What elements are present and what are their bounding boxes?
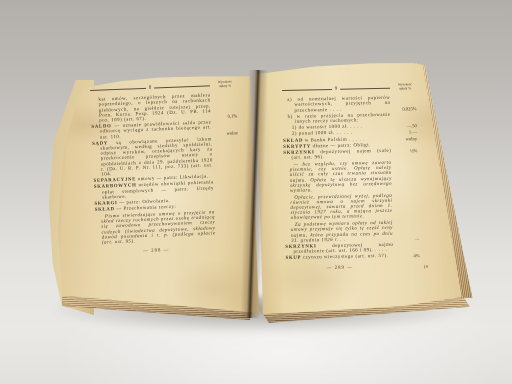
dictionary-entry: a) od nominalnej wartości papierów warto… — [282, 96, 390, 114]
dictionary-entry: SĄDY są obowiązane przesyłać izbom skarb… — [92, 137, 213, 178]
dictionary-entry: SKUP czynszu wieczystego (art. ust. 57).… — [286, 254, 394, 261]
header-rule — [282, 89, 332, 91]
entry-value: ½% — [410, 148, 417, 153]
entry-text: są obowiązane przesyłać izbom skarbowym,… — [100, 137, 213, 177]
entry-term: SKŁAD — [283, 138, 303, 143]
entry-value: 0,1% — [228, 113, 238, 119]
entry-text: w Banku Polskim . . . . . — [305, 137, 365, 143]
dictionary-entry-note: Opłacie, przewidzianej wyżej, podlega ró… — [284, 193, 393, 221]
fee-column-header: Wysokość opłaty % — [210, 80, 240, 89]
dictionary-entry-note: Za podstawę wymiaru opłaty od takiej umo… — [285, 221, 393, 244]
entry-term: SKŁAD — [95, 207, 115, 213]
entry-text: Za podstawę wymiaru opłaty od takiej umo… — [291, 221, 393, 244]
entry-text: a) od nominalnej wartości papierów warto… — [287, 96, 390, 113]
entry-text: Opłacie, przewidzianej wyżej, podlega ró… — [290, 193, 392, 221]
dictionary-entry: kat umów, szczególnych przez maklera pop… — [90, 94, 211, 125]
entry-text: Pismo stwierdzające umowę o przyjęcie na… — [101, 210, 216, 245]
entry-text: kat umów, szczególnych przez maklera pop… — [98, 94, 211, 124]
right-page-text: 9 Wysokość opłaty % a) od nominalnej war… — [282, 86, 394, 272]
right-page-number-text: — 289 — — [327, 265, 353, 271]
header-rule — [340, 88, 390, 90]
header-rule — [90, 88, 146, 91]
entry-value: wolne — [226, 130, 237, 136]
header-rule — [154, 86, 210, 89]
right-page-header-number: 9 — [335, 87, 338, 92]
photo-of-open-book: 8 Wysokość opłaty % kat umów, szczególny… — [0, 0, 512, 384]
entry-value: 4% — [413, 254, 419, 259]
entry-term: SKARGI — [94, 201, 117, 207]
left-page-text: 8 Wysokość opłaty % kat umów, szczególny… — [90, 83, 216, 256]
left-page-header-number: 8 — [149, 86, 152, 91]
entry-value: 1.— — [409, 130, 417, 135]
entry-text: dłużne — patrz: Obligi. — [313, 143, 371, 149]
entry-term: SKRYPTY — [283, 144, 311, 150]
entry-value: —.50 — [406, 123, 416, 128]
dictionary-entry-note: — bez względu, czy umowę zawarto pisemni… — [284, 161, 393, 194]
right-page-header: 9 Wysokość opłaty % — [282, 86, 390, 93]
entry-text: — bez względu, czy umowę zawarto pisemni… — [290, 161, 392, 194]
entry-value: — — [415, 236, 419, 241]
dictionary-entry: SKRZYNKI depozytowej najem (safe) (art. … — [283, 149, 391, 162]
fee-column-header: Wysokość opłaty % — [390, 83, 420, 91]
fee-column-header-line2: opłaty % — [219, 83, 231, 87]
entry-value: 0,025% — [402, 106, 416, 111]
entry-text: 2) ponad 1000 zł. . . . . . — [292, 131, 353, 137]
entry-text: czynszu wieczystego (art. ust. 57). — [303, 254, 389, 261]
fee-column-header-line2: opłaty % — [399, 86, 411, 90]
printers-signature-number: 19 — [424, 264, 428, 269]
entry-term: SKUP — [286, 256, 302, 261]
entry-value: wolny — [406, 136, 418, 141]
dictionary-entry-note: Pismo stwierdzające umowę o przyjęcie na… — [95, 210, 216, 246]
entry-text: b) w razie przyjęcia na przechowanie inn… — [288, 113, 391, 125]
